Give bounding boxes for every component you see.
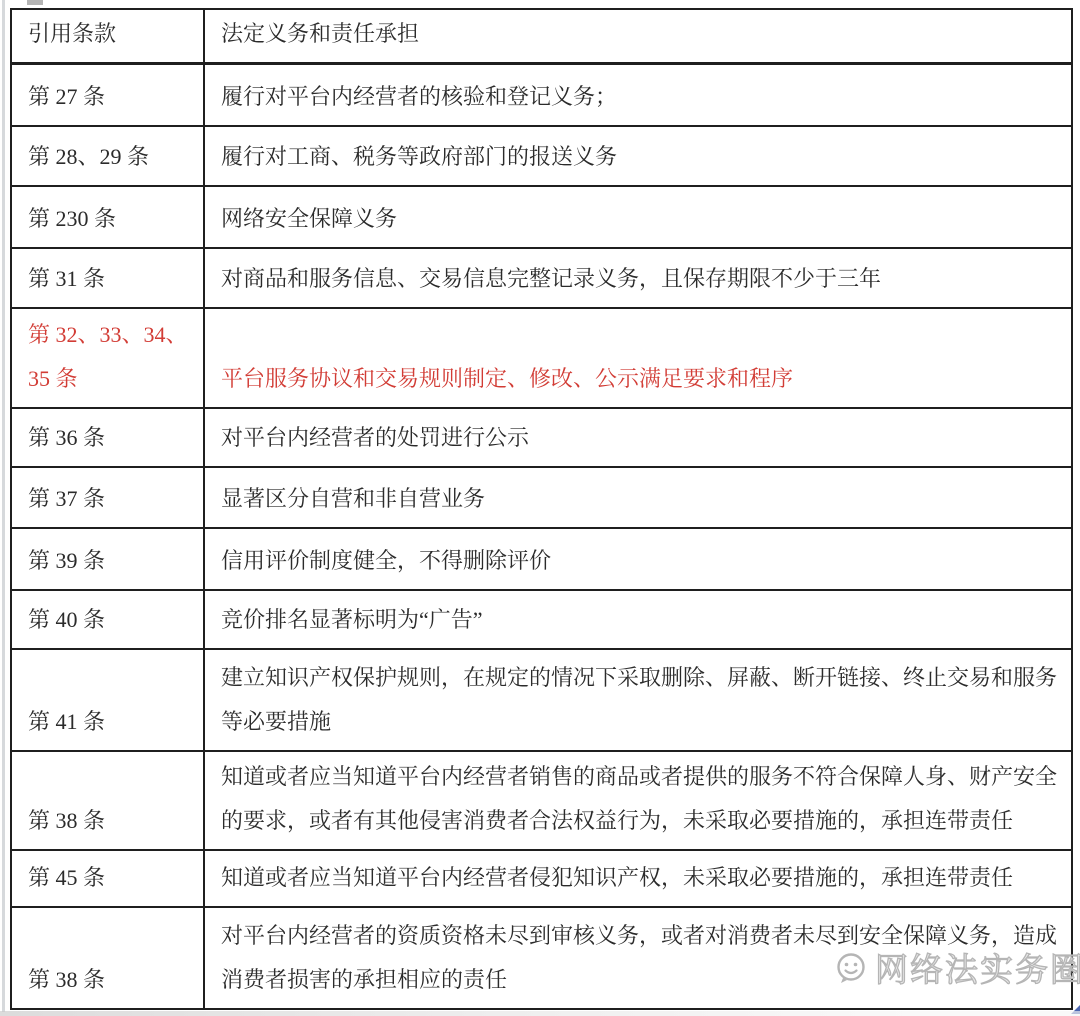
table-row: 第 41 条建立知识产权保护规则，在规定的情况下采取删除、屏蔽、断开链接、终止交… [11, 649, 1072, 751]
clause-cell: 第 32、33、34、35 条 [11, 308, 204, 408]
clause-cell: 第 41 条 [11, 649, 204, 751]
clause-cell: 第 38 条 [11, 907, 204, 1009]
duty-cell: 履行对平台内经营者的核验和登记义务； [204, 63, 1072, 126]
table-row: 第 32、33、34、35 条平台服务协议和交易规则制定、修改、公示满足要求和程… [11, 308, 1072, 408]
duty-cell: 对平台内经营者的资质资格未尽到审核义务，或者对消费者未尽到安全保障义务，造成消费… [204, 907, 1072, 1009]
duty-cell: 网络安全保障义务 [204, 186, 1072, 248]
table-body: 第 27 条履行对平台内经营者的核验和登记义务；第 28、29 条履行对工商、税… [11, 63, 1072, 1009]
table-resize-handle [27, 0, 43, 5]
clause-cell: 第 36 条 [11, 408, 204, 467]
table-row: 第 38 条对平台内经营者的资质资格未尽到审核义务，或者对消费者未尽到安全保障义… [11, 907, 1072, 1009]
table-row: 第 31 条对商品和服务信息、交易信息完整记录义务，且保存期限不少于三年 [11, 248, 1072, 308]
clause-cell: 第 27 条 [11, 63, 204, 126]
duty-cell: 显著区分自营和非自营业务 [204, 467, 1072, 528]
clause-cell: 第 28、29 条 [11, 126, 204, 186]
duty-cell: 建立知识产权保护规则，在规定的情况下采取删除、屏蔽、断开链接、终止交易和服务等必… [204, 649, 1072, 751]
clause-cell: 第 39 条 [11, 528, 204, 590]
table-row: 第 28、29 条履行对工商、税务等政府部门的报送义务 [11, 126, 1072, 186]
column-header-clause: 引用条款 [11, 9, 204, 63]
clause-cell: 第 230 条 [11, 186, 204, 248]
table-row: 第 40 条竞价排名显著标明为“广告” [11, 590, 1072, 649]
clause-cell: 第 31 条 [11, 248, 204, 308]
statute-obligations-table: 引用条款 法定义务和责任承担 第 27 条履行对平台内经营者的核验和登记义务；第… [10, 8, 1073, 1010]
table-row: 第 45 条知道或者应当知道平台内经营者侵犯知识产权，未采取必要措施的，承担连带… [11, 850, 1072, 907]
table-row: 第 230 条网络安全保障义务 [11, 186, 1072, 248]
duty-cell: 信用评价制度健全，不得删除评价 [204, 528, 1072, 590]
table-row: 第 38 条知道或者应当知道平台内经营者销售的商品或者提供的服务不符合保障人身、… [11, 751, 1072, 850]
table-header-row: 引用条款 法定义务和责任承担 [11, 9, 1072, 63]
duty-cell: 履行对工商、税务等政府部门的报送义务 [204, 126, 1072, 186]
document-page: { "colors": { "highlight_red": "#d23c35"… [0, 0, 1080, 1016]
clause-cell: 第 37 条 [11, 467, 204, 528]
table-row: 第 36 条对平台内经营者的处罚进行公示 [11, 408, 1072, 467]
table-row: 第 39 条信用评价制度健全，不得删除评价 [11, 528, 1072, 590]
page-edge-line [2, 0, 5, 1012]
clause-cell: 第 38 条 [11, 751, 204, 850]
duty-cell: 平台服务协议和交易规则制定、修改、公示满足要求和程序 [204, 308, 1072, 408]
duty-cell: 竞价排名显著标明为“广告” [204, 590, 1072, 649]
table-row: 第 37 条显著区分自营和非自营业务 [11, 467, 1072, 528]
duty-cell: 对平台内经营者的处罚进行公示 [204, 408, 1072, 467]
table-row: 第 27 条履行对平台内经营者的核验和登记义务； [11, 63, 1072, 126]
duty-cell: 对商品和服务信息、交易信息完整记录义务，且保存期限不少于三年 [204, 248, 1072, 308]
duty-cell: 知道或者应当知道平台内经营者侵犯知识产权，未采取必要措施的，承担连带责任 [204, 850, 1072, 907]
clause-cell: 第 40 条 [11, 590, 204, 649]
bottom-shadow [0, 1011, 1080, 1016]
column-header-duty: 法定义务和责任承担 [204, 9, 1072, 63]
clause-cell: 第 45 条 [11, 850, 204, 907]
duty-cell: 知道或者应当知道平台内经营者销售的商品或者提供的服务不符合保障人身、财产安全的要… [204, 751, 1072, 850]
